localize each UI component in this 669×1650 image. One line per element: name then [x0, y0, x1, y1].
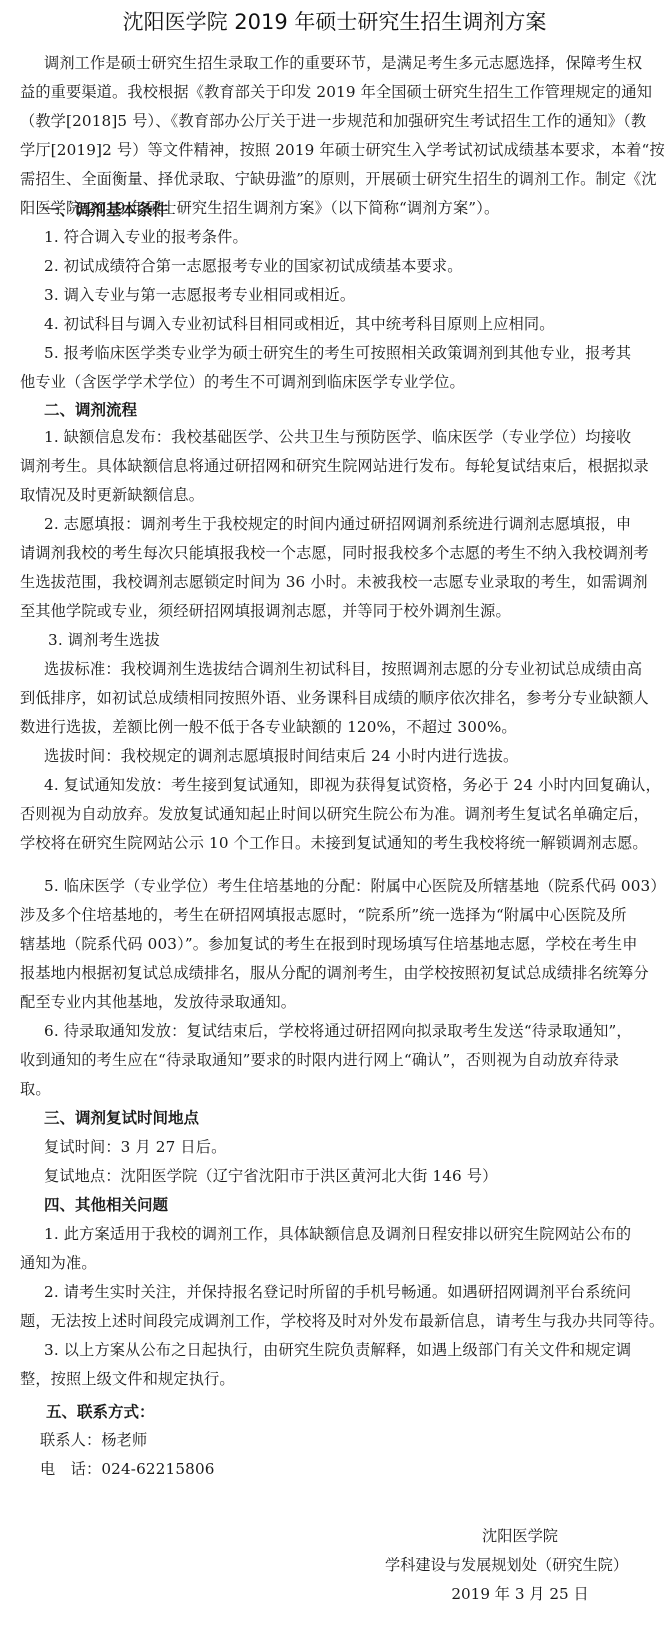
section-heading: 四、其他相关问题	[44, 1195, 168, 1215]
text-line: 到低排序，如初试总成绩相同按照外语、业务课科目成绩的顺序依次排名，参考分专业缺额…	[20, 688, 650, 708]
text-line: 取。	[20, 1079, 650, 1099]
list-item: 2. 志愿填报：调剂考生于我校规定的时间内通过研招网调剂系统进行调剂志愿填报，申	[44, 514, 669, 534]
text-line: 益的重要渠道。我校根据《教育部关于印发 2019 年全国硕士研究生招生工作管理规…	[20, 82, 650, 102]
list-item: 3. 调剂考生选拔	[48, 630, 669, 650]
list-item: 1. 此方案适用于我校的调剂工作，具体缺额信息及调剂日程安排以研究生院网站公布的	[44, 1224, 669, 1244]
section-heading: 三、调剂复试时间地点	[44, 1108, 199, 1128]
text-line: 取情况及时更新缺额信息。	[20, 485, 650, 505]
list-item: 4. 复试通知发放：考生接到复试通知，即视为获得复试资格，务必于 24 小时内回…	[44, 775, 669, 795]
contact-person: 联系人：杨老师	[40, 1430, 669, 1450]
list-item: 3. 调入专业与第一志愿报考专业相同或相近。	[44, 285, 669, 305]
text-line: 整，按照上级文件和规定执行。	[20, 1369, 650, 1389]
text-line: 数进行选拔，差额比例一般不低于各专业缺额的 120%，不超过 300%。	[20, 717, 650, 737]
text-line: 报基地内根据初复试总成绩排名，服从分配的调剂考生，由学校按照初复试总成绩排名统筹…	[20, 963, 650, 983]
text-line: 收到通知的考生应在“待录取通知”要求的时限内进行网上“确认”，否则视为自动放弃待…	[20, 1050, 650, 1070]
signature-date: 2019 年 3 月 25 日	[440, 1584, 600, 1604]
list-item: 4. 初试科目与调入专业初试科目相同或相近，其中统考科目原则上应相同。	[44, 314, 669, 334]
retest-time: 复试时间：3 月 27 日后。	[44, 1137, 669, 1157]
text-line: （教学[2018]5 号）、《教育部办公厅关于进一步规范和加强研究生考试招生工作…	[20, 111, 650, 131]
document-title: 沈阳医学院 2019 年硕士研究生招生调剂方案	[0, 8, 669, 36]
list-item: 1. 缺额信息发布：我校基础医学、公共卫生与预防医学、临床医学（专业学位）均接收	[44, 427, 669, 447]
text-line: 学校将在研究生院网站公示 10 个工作日。未接到复试通知的考生我校将统一解锁调剂…	[20, 833, 650, 853]
list-item: 6. 待录取通知发放：复试结束后，学校将通过研招网向拟录取考生发送“待录取通知”…	[44, 1021, 669, 1041]
text-line: 涉及多个住培基地的，考生在研招网填报志愿时，“院系所”统一选择为“附属中心医院及…	[20, 905, 650, 925]
list-item: 3. 以上方案从公布之日起执行，由研究生院负责解释，如遇上级部门有关文件和规定调	[44, 1340, 669, 1360]
list-item: 2. 请考生实时关注，并保持报名登记时所留的手机号畅通。如遇研招网调剂平台系统问	[44, 1282, 669, 1302]
text-line: 需招生、全面衡量、择优录取、宁缺毋滥”的原则，开展硕士研究生招生的调剂工作。制定…	[20, 169, 650, 189]
text-line: 辖基地（院系代码 003）”。参加复试的考生在报到时现场填写住培基地志愿，学校在…	[20, 934, 650, 954]
contact-phone: 电 话：024-62215806	[40, 1459, 669, 1479]
list-item: 5. 临床医学（专业学位）考生住培基地的分配：附属中心医院及所辖基地（院系代码 …	[44, 876, 669, 896]
text-line: 通知为准。	[20, 1253, 650, 1273]
text-line: 题，无法按上述时间段完成调剂工作，学校将及时对外发布最新信息，请考生与我办共同等…	[20, 1311, 650, 1331]
list-item: 1. 符合调入专业的报考条件。	[44, 227, 669, 247]
list-item: 2. 初试成绩符合第一志愿报考专业的国家初试成绩基本要求。	[44, 256, 669, 276]
retest-location: 复试地点：沈阳医学院（辽宁省沈阳市于洪区黄河北大街 146 号）	[44, 1166, 669, 1186]
text-line: 配至专业内其他基地，发放待录取通知。	[20, 992, 650, 1012]
section-heading: 五、联系方式：	[46, 1402, 155, 1422]
text-line: 至其他学院或专业，须经研招网填报调剂志愿，并等同于校外调剂生源。	[20, 601, 650, 621]
text-line: 否则视为自动放弃。发放复试通知起止时间以研究生院公布为准。调剂考生复试名单确定后…	[20, 804, 650, 824]
section-heading: 二、调剂流程	[44, 400, 137, 420]
text-line: 他专业（含医学学术学位）的考生不可调剂到临床医学专业学位。	[20, 372, 650, 392]
text-line: 学厅[2019]2 号）等文件精神，按照 2019 年硕士研究生入学考试初试成绩…	[20, 140, 650, 160]
signature-org: 沈阳医学院	[450, 1526, 590, 1546]
signature-department: 学科建设与发展规划处（研究生院）	[385, 1555, 628, 1575]
list-item: 5. 报考临床医学类专业学为硕士研究生的考生可按照相关政策调剂到其他专业，报考其	[44, 343, 669, 363]
text-line: 请调剂我校的考生每次只能填报我校一个志愿，同时报我校多个志愿的考生不纳入我校调剂…	[20, 543, 650, 563]
text-line: 选拔标准：我校调剂生选拔结合调剂生初试科目，按照调剂志愿的分专业初试总成绩由高	[44, 659, 669, 679]
text-line: 选拔时间：我校规定的调剂志愿填报时间结束后 24 小时内进行选拔。	[44, 746, 669, 766]
text-line: 生选拔范围，我校调剂志愿锁定时间为 36 小时。未被我校一志愿专业录取的考生，如…	[20, 572, 650, 592]
text-line: 调剂工作是硕士研究生招生录取工作的重要环节，是满足考生多元志愿选择，保障考生权	[44, 53, 669, 73]
text-line: 调剂考生。具体缺额信息将通过研招网和研究生院网站进行发布。每轮复试结束后，根据拟…	[20, 456, 650, 476]
section-heading: 一、调剂基本条件	[44, 200, 168, 220]
